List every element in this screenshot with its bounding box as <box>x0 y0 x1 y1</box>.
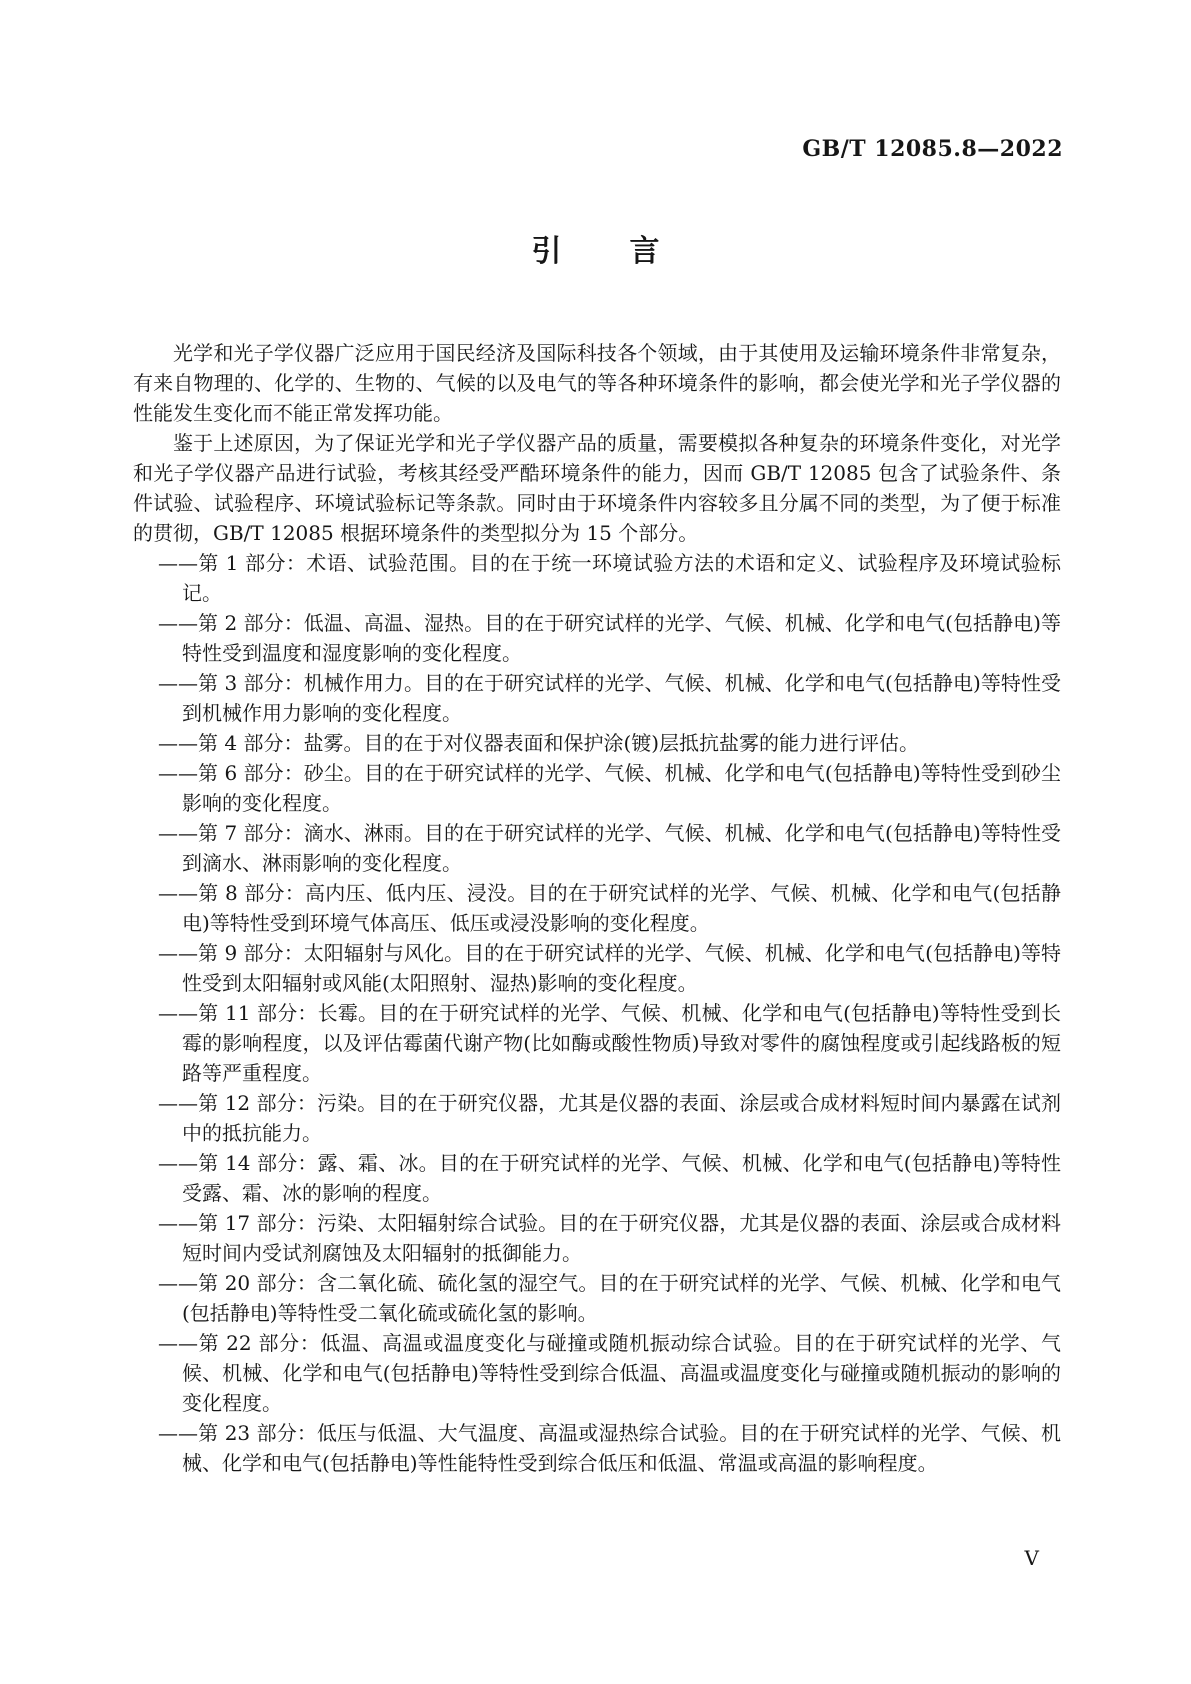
part-item: ——第 8 部分：高内压、低内压、浸没。目的在于研究试样的光学、气候、机械、化学… <box>133 878 1061 938</box>
part-item: ——第 22 部分：低温、高温或温度变化与碰撞或随机振动综合试验。目的在于研究试… <box>133 1328 1061 1418</box>
parts-list: ——第 1 部分：术语、试验范围。目的在于统一环境试验方法的术语和定义、试验程序… <box>133 548 1061 1478</box>
part-item: ——第 17 部分：污染、太阳辐射综合试验。目的在于研究仪器，尤其是仪器的表面、… <box>133 1208 1061 1268</box>
part-item: ——第 9 部分：太阳辐射与风化。目的在于研究试样的光学、气候、机械、化学和电气… <box>133 938 1061 998</box>
part-item: ——第 6 部分：砂尘。目的在于研究试样的光学、气候、机械、化学和电气(包括静电… <box>133 758 1061 818</box>
page-title: 引 言 <box>0 237 1191 267</box>
page-number: V <box>1025 1545 1039 1571</box>
standard-number: GB/T 12085.8—2022 <box>802 136 1063 162</box>
page-title-char-1: 引 <box>532 237 562 267</box>
part-item: ——第 23 部分：低压与低温、大气温度、高温或湿热综合试验。目的在于研究试样的… <box>133 1418 1061 1478</box>
part-item: ——第 12 部分：污染。目的在于研究仪器，尤其是仪器的表面、涂层或合成材料短时… <box>133 1088 1061 1148</box>
part-item: ——第 2 部分：低温、高温、湿热。目的在于研究试样的光学、气候、机械、化学和电… <box>133 608 1061 668</box>
page-title-char-2: 言 <box>630 237 660 267</box>
part-item: ——第 3 部分：机械作用力。目的在于研究试样的光学、气候、机械、化学和电气(包… <box>133 668 1061 728</box>
part-item: ——第 4 部分：盐雾。目的在于对仪器表面和保护涂(镀)层抵抗盐雾的能力进行评估… <box>133 728 1061 758</box>
part-item: ——第 11 部分：长霉。目的在于研究试样的光学、气候、机械、化学和电气(包括静… <box>133 998 1061 1088</box>
part-item: ——第 14 部分：露、霜、冰。目的在于研究试样的光学、气候、机械、化学和电气(… <box>133 1148 1061 1208</box>
part-item: ——第 20 部分：含二氧化硫、硫化氢的湿空气。目的在于研究试样的光学、气候、机… <box>133 1268 1061 1328</box>
intro-paragraph: 鉴于上述原因，为了保证光学和光子学仪器产品的质量，需要模拟各种复杂的环境条件变化… <box>133 428 1061 548</box>
part-item: ——第 7 部分：滴水、淋雨。目的在于研究试样的光学、气候、机械、化学和电气(包… <box>133 818 1061 878</box>
intro-paragraph: 光学和光子学仪器广泛应用于国民经济及国际科技各个领域，由于其使用及运输环境条件非… <box>133 338 1061 428</box>
introduction-body: 光学和光子学仪器广泛应用于国民经济及国际科技各个领域，由于其使用及运输环境条件非… <box>133 338 1061 1478</box>
document-page: GB/T 12085.8—2022 引 言 光学和光子学仪器广泛应用于国民经济及… <box>0 0 1191 1684</box>
part-item: ——第 1 部分：术语、试验范围。目的在于统一环境试验方法的术语和定义、试验程序… <box>133 548 1061 608</box>
